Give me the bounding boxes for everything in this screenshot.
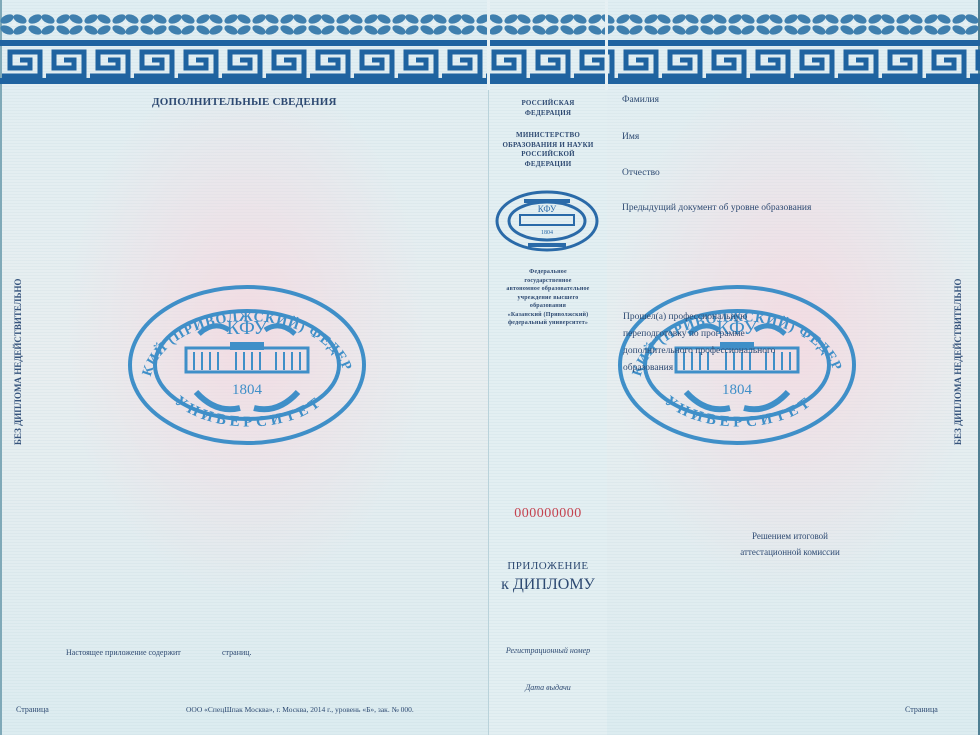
university-seal-icon: КАЗАНСКИЙ (ПРИВОЛЖСКИЙ) ФЕДЕРАЛЬНЫЙ УНИВ… [124,282,370,448]
surname-label: Фамилия [622,95,659,105]
additional-info-heading: ДОПОЛНИТЕЛЬНЫЕ СВЕДЕНИЯ [152,96,337,108]
registration-number-label: Регистрационный номер [488,646,608,655]
appendix-title-line2: к ДИПЛОМУ [488,576,608,594]
patronymic-label: Отчество [622,168,660,178]
institution-line: автономное образовательное [488,285,608,294]
program-line: Прошел(а) профессиональную [623,309,775,326]
institution-line: учреждение высшего [488,294,608,303]
svg-text:УНИВЕРСИТЕТ: УНИВЕРСИТЕТ [662,393,817,430]
country-line: ФЕДЕРАЦИЯ [488,108,608,118]
commission-line1: Решением итоговой [700,531,880,541]
ministry-line: ОБРАЗОВАНИЯ И НАУКИ [488,141,608,151]
kfu-seal-spine: КФУ 1804 [494,190,600,252]
printer-note: ООО «СпецШпак Москва», г. Москва, 2014 г… [186,705,414,714]
institution-name: Федеральное государственное автономное о… [488,268,608,328]
institution-line: государственное [488,277,608,286]
ministry-title: МИНИСТЕРСТВО ОБРАЗОВАНИЯ И НАУКИ РОССИЙС… [488,131,608,169]
meander-border-icon [0,40,980,84]
commission-line2: аттестационной комиссии [700,547,880,557]
right-page-label: Страница [905,705,938,714]
institution-line: Федеральное [488,268,608,277]
program-line: образования [623,360,775,377]
kfu-seal-left: КАЗАНСКИЙ (ПРИВОЛЖСКИЙ) ФЕДЕРАЛЬНЫЙ УНИВ… [124,282,370,448]
institution-line: «Казанский (Приволжский) [488,311,608,320]
right-vertical-note: БЕЗ ДИПЛОМА НЕДЕЙСТВИТЕЛЬНО [953,285,963,445]
svg-text:КФУ: КФУ [538,204,557,214]
program-description: Прошел(а) профессиональную переподготовк… [623,309,775,377]
svg-text:1804: 1804 [232,382,263,398]
greek-key-ornament-band [0,0,980,90]
university-seal-icon: КФУ 1804 [494,190,600,252]
fold-line [605,0,608,90]
svg-text:1804: 1804 [722,382,753,398]
previous-document-label: Предыдущий документ об уровне образовани… [622,203,811,213]
institution-line: образования [488,302,608,311]
left-page-label: Страница [16,705,49,714]
name-label: Имя [622,132,639,142]
laurel-border-icon [0,10,980,38]
ministry-line: ФЕДЕРАЦИИ [488,160,608,170]
institution-line: федеральный университет» [488,319,608,328]
svg-text:1804: 1804 [541,230,553,236]
issue-date-label: Дата выдачи [488,683,608,692]
serial-number: 000000000 [488,506,608,522]
program-line: дополнительного профессионального [623,343,775,360]
svg-text:КФУ: КФУ [227,317,269,339]
fold-line [487,0,490,90]
ministry-line: МИНИСТЕРСТВО [488,131,608,141]
country-line: РОССИЙСКАЯ [488,98,608,108]
pages-count-suffix: страниц. [222,648,252,657]
ministry-line: РОССИЙСКОЙ [488,150,608,160]
program-line: переподготовку по программе [623,326,775,343]
appendix-title-line1: ПРИЛОЖЕНИЕ [488,560,608,572]
svg-text:УНИВЕРСИТЕТ: УНИВЕРСИТЕТ [172,393,327,430]
pages-count-label: Настоящее приложение содержит [66,648,181,657]
country-title: РОССИЙСКАЯ ФЕДЕРАЦИЯ [488,98,608,118]
left-vertical-note: БЕЗ ДИПЛОМА НЕДЕЙСТВИТЕЛЬНО [13,285,23,445]
